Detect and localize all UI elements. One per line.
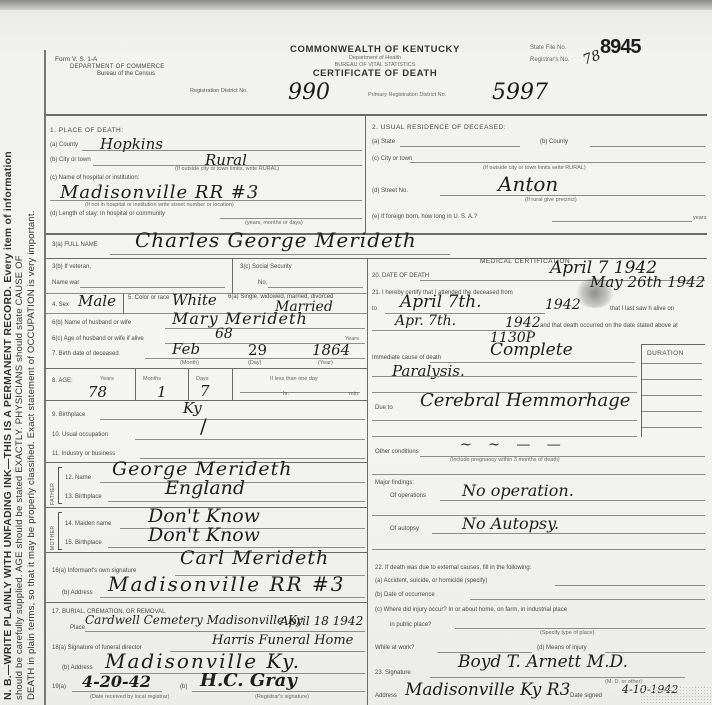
veteran-label: 3(b) If veteran, <box>52 264 91 270</box>
day-hint: (Day) <box>248 360 261 366</box>
means-label: (d) Means of injury <box>537 645 587 651</box>
bureau: Bureau of the Census <box>55 71 165 79</box>
spouse-age-label: 6(c) Age of husband or wife if alive <box>52 336 144 342</box>
margin-line-2: should be carefully supplied. AGE should… <box>14 10 26 700</box>
rule <box>80 287 225 288</box>
rule <box>45 368 367 369</box>
burial-address-label: (b) Address <box>62 665 93 671</box>
rule <box>372 549 705 550</box>
duration-box: DURATION <box>641 344 705 437</box>
father-birthplace-label: 13. Birthplace <box>65 494 102 500</box>
month-hint: (Month) <box>180 360 199 366</box>
occurrence-label: (b) Date of occurrence <box>375 592 435 598</box>
rule <box>552 221 692 222</box>
year-1: 1942 <box>545 297 581 313</box>
less-than-day-label: If less than one day <box>270 376 318 382</box>
rule <box>232 258 233 294</box>
mother-birthplace-value: Don't Know <box>148 524 260 546</box>
autopsy-label: Of autopsy <box>390 526 419 532</box>
hr-label: hr. <box>283 391 289 397</box>
rule <box>85 631 365 632</box>
rule <box>50 200 362 201</box>
rule <box>165 328 365 329</box>
received-value: 4-20-42 <box>82 672 151 691</box>
rule <box>145 358 365 359</box>
grid-top <box>45 114 707 116</box>
received-hint: (Date received by local registrar) <box>90 694 169 700</box>
spouse-age-value: 68 <box>215 326 233 342</box>
rule <box>430 677 685 678</box>
immediate-label: Immediate cause of death <box>372 355 441 361</box>
spouse-label: 6(b) Name of husband or wife <box>52 320 131 326</box>
autopsy-value: No Autopsy. <box>462 514 559 533</box>
place-of-death-title: 1. PLACE OF DEATH: <box>50 127 124 134</box>
color-label: 5. Color or race <box>128 295 169 301</box>
immediate-value: Complete <box>490 340 573 360</box>
months-label: Months <box>143 376 161 382</box>
rule <box>440 500 705 501</box>
rule <box>72 691 162 692</box>
form-header-left: Form V. S. 1-A DEPARTMENT OF COMMERCE Bu… <box>55 56 165 79</box>
burial-place-label: Place <box>70 625 85 631</box>
rule <box>555 585 705 586</box>
other-conditions-dashes: ~ ~ — — <box>460 437 567 453</box>
death-occurred-label: and that death occurred on the date stat… <box>540 323 678 329</box>
rule <box>642 363 702 364</box>
rule <box>232 368 233 400</box>
age-months: 1 <box>157 383 167 401</box>
age-label: 8. AGE: <box>52 378 73 384</box>
state-label: (a) State <box>372 139 395 145</box>
form-left-border <box>44 50 46 705</box>
year-hint: (Year) <box>318 360 333 366</box>
registrar-no-label: Registrar's No. <box>530 54 570 66</box>
rule <box>192 691 365 692</box>
birthplace-value: Ky <box>183 399 202 417</box>
county-label: (a) County <box>50 142 78 148</box>
registrar-hint: (Registrar's signature) <box>255 694 309 700</box>
state-file-label: State File No. <box>530 42 570 54</box>
mother-tag: MOTHER <box>50 525 56 550</box>
city-hint: (If outside city or town limits, write R… <box>175 166 279 172</box>
physician-signature-label: 23. Signature <box>375 670 411 676</box>
rule <box>188 368 189 400</box>
major-findings-label: Major findings: <box>375 480 414 486</box>
burial-date-value: April 18 1942 <box>280 614 363 628</box>
age-days: 7 <box>200 382 210 400</box>
years-label: Years <box>100 376 114 382</box>
father-birthplace-value: England <box>165 477 245 499</box>
birth-day: 29 <box>248 341 267 359</box>
rule <box>642 395 702 396</box>
ssn-label: 3(c) Social Security <box>240 264 292 270</box>
foreign-unit: years <box>693 215 706 221</box>
certificate-title: CERTIFICATE OF DEATH <box>255 68 495 79</box>
last-saw-value: Apr. 7th. <box>395 313 456 329</box>
received-label: 19(a) <box>52 684 66 690</box>
physician-address-label: Address <box>375 693 397 699</box>
primary-district-number: 5997 <box>492 80 548 105</box>
industry-label: 11. Industry or business <box>52 451 115 457</box>
birthplace-label: 9. Birthplace <box>52 412 85 418</box>
death-certificate-page: N. B.—WRITE PLAINLY WITH UNFADING INK—TH… <box>0 0 712 705</box>
due-to-label: Due to <box>375 405 393 411</box>
birth-month: Feb <box>172 340 200 358</box>
place-hint: (Specify type of place) <box>540 630 594 636</box>
color-value: White <box>172 291 217 309</box>
rule <box>642 411 702 412</box>
war-label: Name war <box>52 280 79 286</box>
operations-label: Of operations <box>390 493 426 499</box>
sex-label: 4. Sex <box>52 302 69 308</box>
other-hint: (Include pregnancy within 3 months of de… <box>450 457 560 463</box>
external-causes-label: 22. If death was due to external causes,… <box>375 565 531 571</box>
due-to-value: Cerebral Hemmorhage <box>420 390 630 411</box>
where-label: (c) Where did injury occur? In or about … <box>375 607 567 613</box>
rule <box>100 597 365 598</box>
birth-year: 1864 <box>312 341 350 359</box>
scan-edge <box>0 0 712 10</box>
column-divider-main <box>367 258 368 705</box>
full-name-value: Charles George Merideth <box>135 228 417 252</box>
department: DEPARTMENT OF COMMERCE <box>55 64 165 72</box>
street-hint: (If rural give precinct) <box>525 197 577 203</box>
mother-bracket <box>58 512 62 550</box>
rule <box>642 379 702 380</box>
informant-address-label: (b) Address <box>62 590 93 596</box>
rule <box>372 376 637 377</box>
rule <box>372 420 637 421</box>
attended-to-label: to <box>372 306 377 312</box>
full-name-label: 3(a) FULL NAME <box>52 242 98 248</box>
hospital-hint: (If not in hospital or institution write… <box>85 202 234 208</box>
informant-signature-value: Carl Merideth <box>180 547 329 569</box>
registration-district-number: 990 <box>288 80 330 105</box>
age-years: 78 <box>88 383 107 401</box>
rule <box>110 254 450 255</box>
foreign-label: (e) If foreign born, how long in U. S. A… <box>372 214 477 220</box>
form-header-center: COMMONWEALTH OF KENTUCKY Department of H… <box>255 44 495 79</box>
rule <box>372 474 705 475</box>
res-county-label: (b) County <box>540 139 568 145</box>
year-2: 1942 <box>505 315 541 331</box>
rule <box>410 162 705 163</box>
commonwealth-title: COMMONWEALTH OF KENTUCKY <box>255 44 495 55</box>
rule <box>432 533 705 534</box>
physician-signature-value: Boyd T. Arnett M.D. <box>458 652 628 672</box>
while-at-work-label: While at work? <box>375 645 414 651</box>
registrar-label: (b) <box>180 684 187 690</box>
sex-value: Male <box>78 292 116 310</box>
date-signed-label: Date signed <box>570 693 602 699</box>
rule <box>642 427 702 428</box>
ssn-no-label: No. <box>258 280 267 286</box>
rule <box>455 628 705 629</box>
rule <box>590 146 705 147</box>
rule <box>100 419 365 420</box>
mother-maiden-label: 14. Maiden name <box>65 521 111 527</box>
file-numbers: State File No. Registrar's No. <box>530 42 570 66</box>
funeral-director-value: Harris Funeral Home <box>212 633 353 648</box>
margin-line-3: DEATH in plain terms, so that it may be … <box>26 10 38 700</box>
form-number: Form V. S. 1-A <box>55 56 165 64</box>
rule <box>45 400 367 401</box>
hospital-label: (c) Name of hospital or institution: <box>50 175 139 181</box>
immediate-value-2: Paralysis. <box>392 362 465 380</box>
stay-hint: (years, months or days) <box>245 220 303 226</box>
father-name-label: 12. Name <box>65 475 91 481</box>
public-place-label: in public place? <box>390 622 431 628</box>
street-value: Anton <box>498 172 558 196</box>
res-city-label: (c) City or town <box>372 156 412 162</box>
rule <box>108 501 365 502</box>
attended-from-value: May 26th 1942 <box>590 273 705 291</box>
min-label: min. <box>349 391 359 397</box>
mother-birthplace-label: 15. Birthplace <box>65 540 102 546</box>
state-file-number: 8945 <box>600 36 641 59</box>
accident-label: (a) Accident, suicide, or homicide (spec… <box>375 578 487 584</box>
operations-value: No operation. <box>462 481 574 500</box>
margin-instructions: N. B.—WRITE PLAINLY WITH UNFADING INK—TH… <box>2 10 40 700</box>
street-label: (d) Street No. <box>372 188 408 194</box>
other-conditions-label: Other conditions <box>375 449 419 455</box>
date-of-death-label: 20. DATE OF DEATH <box>372 273 429 279</box>
rule <box>240 392 360 393</box>
duration-label: DURATION <box>647 350 684 357</box>
spouse-value: Mary Merideth <box>172 309 308 328</box>
rule <box>220 218 362 219</box>
rule <box>135 368 136 400</box>
birth-date-label: 7. Birth date of deceased <box>52 351 119 357</box>
res-city-hint: (If outside city or town limits write RU… <box>483 165 586 171</box>
county-value: Hopkins <box>100 135 163 153</box>
registrar-signature-value: H.C. Gray <box>200 670 297 691</box>
rule <box>268 287 363 288</box>
rule <box>123 293 124 313</box>
occupation-label: 10. Usual occupation <box>52 432 108 438</box>
stay-label: (d) Length of stay: In hospital or commu… <box>50 211 165 217</box>
physician-address-value: Madisonville Ky R3 <box>405 680 570 700</box>
primary-district-label: Primary Registration District No. <box>368 92 446 98</box>
margin-line-1: N. B.—WRITE PLAINLY WITH UNFADING INK—TH… <box>2 10 14 700</box>
rule <box>470 599 705 600</box>
occupation-mark: / <box>200 414 207 438</box>
burial-place-value: Cardwell Cemetery Madisonville Ky <box>85 613 303 627</box>
scan-dither <box>640 686 712 705</box>
column-divider-top <box>365 115 366 235</box>
rule <box>440 195 705 196</box>
father-tag: FATHER <box>50 483 56 505</box>
informant-address-value: Madisonville RR #3 <box>108 572 345 596</box>
usual-residence-title: 2. USUAL RESIDENCE OF DECEASED: <box>372 124 506 131</box>
father-bracket <box>58 467 62 504</box>
rule <box>45 602 367 603</box>
registration-district-label: Registration District No. <box>190 88 248 94</box>
last-saw-label: that I last saw h alive on <box>610 306 674 312</box>
rule <box>400 146 520 147</box>
attended-to-value: April 7th. <box>400 292 482 312</box>
rule <box>135 439 365 440</box>
city-label: (b) City or town <box>50 157 91 163</box>
